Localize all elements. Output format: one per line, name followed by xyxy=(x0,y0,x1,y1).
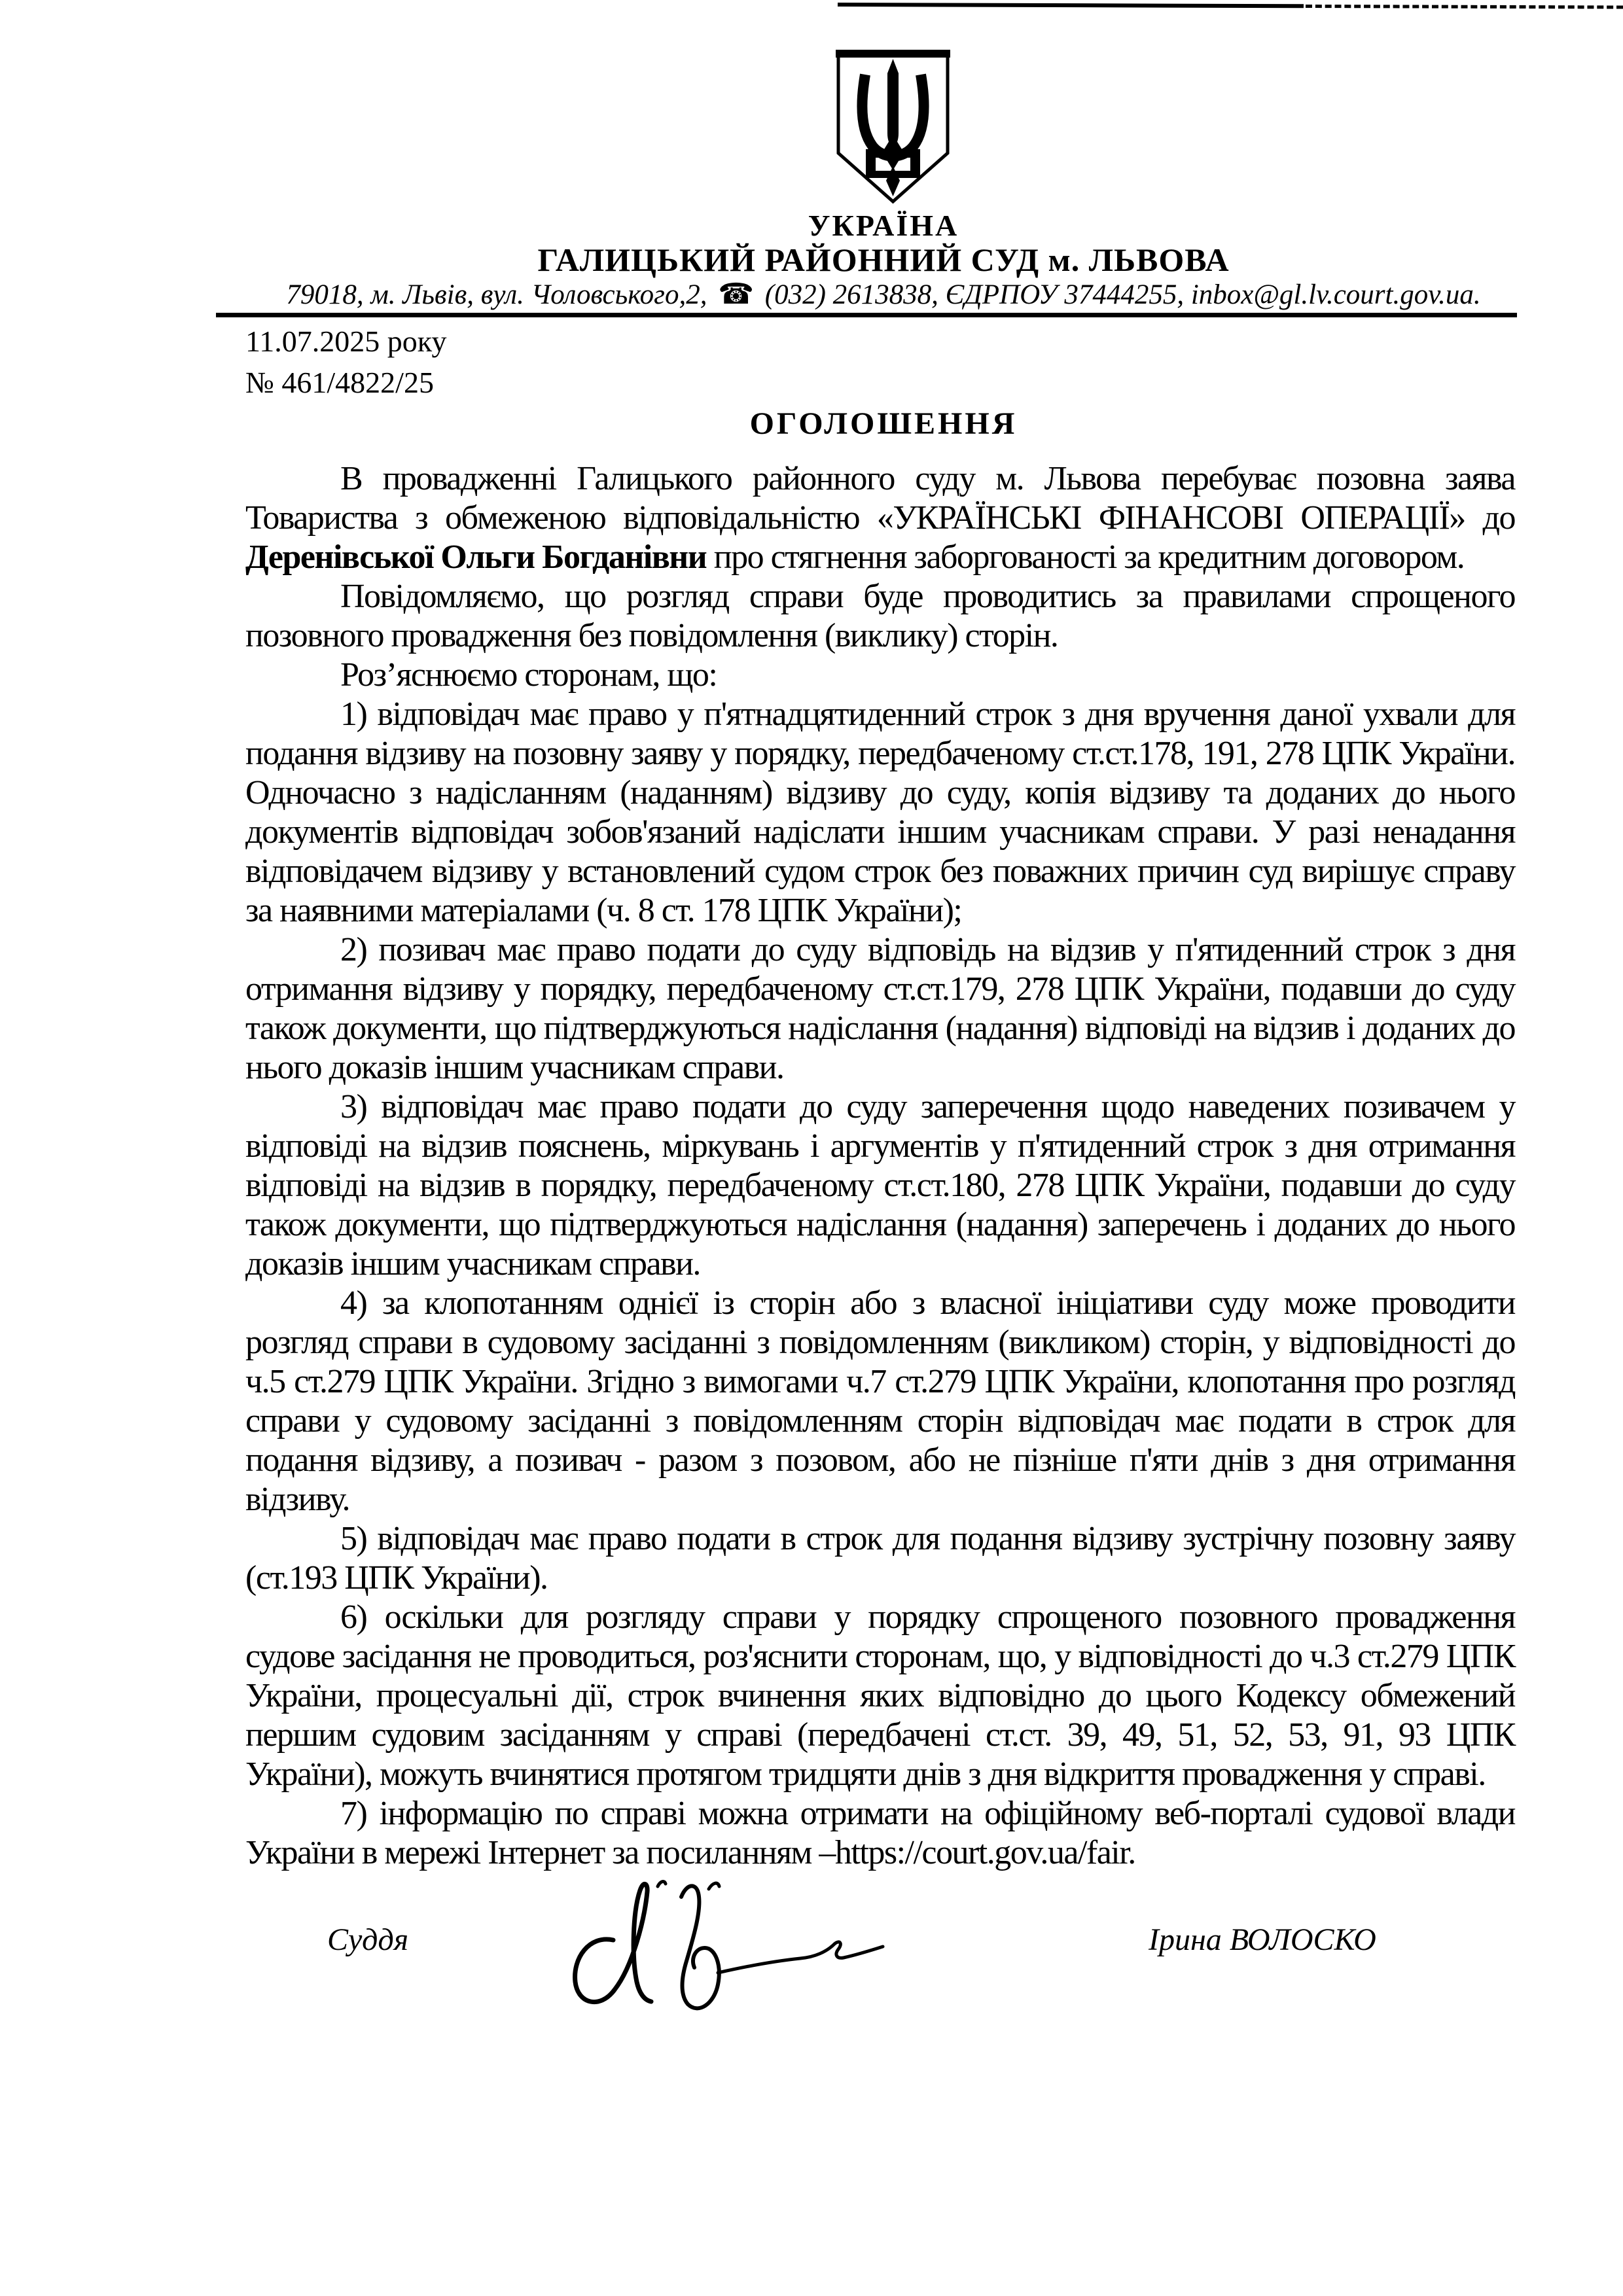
phone-icon: ☎ xyxy=(714,278,758,310)
paragraph-text: В провадженні Галицького районного суду … xyxy=(245,460,1515,537)
scan-artifact-line xyxy=(838,3,1304,8)
paragraph-text: про стягнення заборгованості за кредитни… xyxy=(706,539,1464,576)
header-divider xyxy=(216,313,1517,317)
scanned-court-document-page: УКРАЇНА ГАЛИЦЬКИЙ РАЙОННИЙ СУД м. ЛЬВОВА… xyxy=(0,0,1623,2296)
paragraph-7: 4) за клопотанням однієї із сторін або з… xyxy=(245,1284,1515,1519)
paragraph-text: 6) оскільки для розгляду справи у порядк… xyxy=(245,1598,1515,1793)
paragraph-text: 7) інформацію по справі можна отримати н… xyxy=(245,1795,1515,1871)
paragraph-text: 4) за клопотанням однієї із сторін або з… xyxy=(245,1284,1515,1518)
judge-name: Ірина ВОЛОСКО xyxy=(1149,1922,1376,1958)
paragraph-text: 1) відповідач має право у п'ятнадцятиден… xyxy=(245,696,1515,929)
signature-block: Суддя Ірина ВОЛОСКО xyxy=(245,1907,1515,2077)
court-address-line: 79018, м. Львів, вул. Чоловського,2, ☎ (… xyxy=(229,277,1538,311)
address-suffix: (032) 2613838, ЄДРПОУ 37444255, inbox@gl… xyxy=(765,279,1481,310)
document-title: ОГОЛОШЕННЯ xyxy=(229,406,1538,442)
paragraph-3: Роз’яснюємо сторонам, що: xyxy=(245,656,1515,695)
ukraine-trident-emblem-icon xyxy=(836,50,950,207)
document-date: 11.07.2025 року xyxy=(245,324,447,359)
paragraph-2: Повідомляємо, що розгляд справи буде про… xyxy=(245,577,1515,656)
paragraph-8: 5) відповідач має право подати в строк д… xyxy=(245,1519,1515,1598)
paragraph-6: 3) відповідач має право подати до суду з… xyxy=(245,1087,1515,1284)
paragraph-5: 2) позивач має право подати до суду відп… xyxy=(245,930,1515,1087)
document-body: В провадженні Галицького районного суду … xyxy=(245,459,1515,1873)
signer-role-label: Суддя xyxy=(327,1922,408,1958)
paragraph-text: Повідомляємо, що розгляд справи буде про… xyxy=(245,578,1515,654)
paragraph-text: 3) відповідач має право подати до суду з… xyxy=(245,1088,1515,1282)
paragraph-4: 1) відповідач має право у п'ятнадцятиден… xyxy=(245,695,1515,930)
paragraph-1: В провадженні Галицького районного суду … xyxy=(245,459,1515,577)
address-prefix: 79018, м. Львів, вул. Чоловського,2, xyxy=(286,279,707,310)
case-number: № 461/4822/25 xyxy=(245,365,434,400)
paragraph-10: 7) інформацію по справі можна отримати н… xyxy=(245,1794,1515,1873)
defendant-name: Деренівської Ольги Богданівни xyxy=(245,539,706,576)
paragraph-9: 6) оскільки для розгляду справи у порядк… xyxy=(245,1598,1515,1794)
handwritten-signature-icon xyxy=(553,1875,906,2025)
scan-artifact-line-dashed xyxy=(1306,5,1623,9)
country-name: УКРАЇНА xyxy=(229,208,1538,243)
paragraph-text: 5) відповідач має право подати в строк д… xyxy=(245,1520,1515,1597)
court-name: ГАЛИЦЬКИЙ РАЙОННИЙ СУД м. ЛЬВОВА xyxy=(229,241,1538,279)
paragraph-text: Роз’яснюємо сторонам, що: xyxy=(340,656,717,694)
paragraph-text: 2) позивач має право подати до суду відп… xyxy=(245,931,1515,1086)
